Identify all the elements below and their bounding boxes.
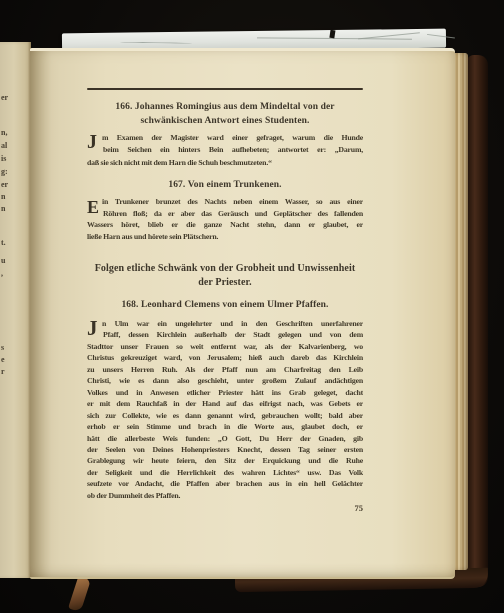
- text-line: Pfaff, dessen Kirchlein außerhalb der St…: [87, 329, 363, 340]
- separator-rule: [87, 88, 363, 90]
- text-line: er mit dem Rauchfaß in der Hand auf das …: [87, 398, 363, 409]
- page-number: 75: [87, 503, 363, 513]
- section-heading: Folgen etliche Schwänk von der Grobheit …: [87, 262, 363, 289]
- text-line: beim Seichen ein hinters Bein aufhebeten…: [87, 144, 363, 156]
- tale-168-heading: 168. Leonhard Clemens von einem Ulmer Pf…: [87, 299, 363, 311]
- tale-166-heading: 166. Johannes Romingius aus dem Mindelta…: [87, 101, 363, 128]
- left-page-text-fragment: g:: [1, 167, 8, 176]
- drop-cap: J: [87, 317, 97, 339]
- left-page-text-fragment: r: [1, 367, 5, 376]
- text-line: seufzete vor Andacht, die Pfaffen aber b…: [87, 478, 363, 489]
- left-page-text-fragment: is: [1, 154, 6, 163]
- text-line: zu unsers Herren Ruh. Als der Pfaff nun …: [87, 364, 363, 375]
- heading-line: 167. Von einem Trunkenen.: [87, 179, 363, 191]
- tale-167-heading: 167. Von einem Trunkenen.: [87, 179, 363, 191]
- text-line: in Trunkener brunzet des Nachts neben ei…: [87, 196, 363, 208]
- heading-line: 168. Leonhard Clemens von einem Ulmer Pf…: [87, 299, 363, 311]
- text-line: ließe Harn aus und hörete sein Plätscher…: [87, 231, 363, 243]
- book-page: 166. Johannes Romingius aus dem Mindelta…: [30, 48, 455, 579]
- text-line: Grablegung wir heute feiern, den Sitz de…: [87, 455, 363, 466]
- text-line: der Seligkeit und die Herrlichkeit des w…: [87, 467, 363, 478]
- left-page-text-fragment: er: [1, 180, 8, 189]
- heading-line: 166. Johannes Romingius aus dem Mindelta…: [87, 101, 363, 115]
- text-line: der Seelen von Deines Hohenpriesters Kne…: [87, 444, 363, 455]
- drop-cap: J: [87, 131, 97, 153]
- heading-line: der Priester.: [87, 276, 363, 290]
- left-page-text-fragment: er: [1, 93, 8, 102]
- text-line: hätt die allerbeste Weis funden: „O Gott…: [87, 433, 363, 444]
- heading-line: schwänkischen Antwort eines Studenten.: [87, 115, 363, 129]
- left-page-text-fragment: e: [1, 355, 5, 364]
- text-line: Röhren floß; da er aber das Geräusch und…: [87, 208, 363, 220]
- cover-strap: [68, 576, 91, 612]
- text-line: erhob er sein Stimme und brach in die Wo…: [87, 421, 363, 432]
- handwriting-mark: [120, 42, 192, 44]
- left-page-sliver: er n, al is g: er n n t. u , s e r: [0, 42, 31, 578]
- text-line: Wassers höret, blieb er die ganze Nacht …: [87, 219, 363, 231]
- text-line: sich zur Collekte, wie es dann genannt w…: [87, 410, 363, 421]
- heading-line: Folgen etliche Schwänk von der Grobheit …: [87, 262, 363, 276]
- handwriting-mark: [257, 37, 412, 39]
- book-cover-right-edge: [466, 55, 488, 587]
- text-line: Christi, wie es dann also geschieht, unt…: [87, 375, 363, 386]
- left-page-text-fragment: al: [1, 141, 7, 150]
- left-page-text-fragment: u: [1, 256, 5, 265]
- text-line: m Examen der Magister ward einer gefrage…: [87, 132, 363, 144]
- left-page-text-fragment: t.: [1, 238, 6, 247]
- left-page-text-fragment: s: [1, 343, 4, 352]
- text-line: daß sie sich nicht mit dem Harn die Schu…: [87, 157, 363, 169]
- book-photograph: er n, al is g: er n n t. u , s e r 166. …: [0, 0, 504, 613]
- text-line: Volkes und in Anwesen etlicher Priester …: [87, 387, 363, 398]
- text-line: Christus gekreuziget ward, von Jerusalem…: [87, 352, 363, 363]
- left-page-text-fragment: n,: [1, 128, 7, 137]
- tale-166-paragraph: J m Examen der Magister ward einer gefra…: [87, 132, 363, 169]
- left-page-text-fragment: n: [1, 192, 5, 201]
- left-page-text-fragment: ,: [1, 269, 3, 278]
- text-line: ob der Dummheit des Pfaffen.: [87, 490, 363, 501]
- tale-168-paragraph: J n Ulm war ein ungelehrter und in den G…: [87, 318, 363, 501]
- tale-167-paragraph: E in Trunkener brunzet des Nachts neben …: [87, 196, 363, 243]
- text-line: Stadttor unser Frauen so weit entfernt w…: [87, 341, 363, 352]
- left-page-text-fragment: n: [1, 204, 5, 213]
- drop-cap: E: [87, 196, 99, 218]
- handwriting-mark: [427, 34, 455, 39]
- text-line: n Ulm war ein ungelehrter und in den Ges…: [87, 318, 363, 329]
